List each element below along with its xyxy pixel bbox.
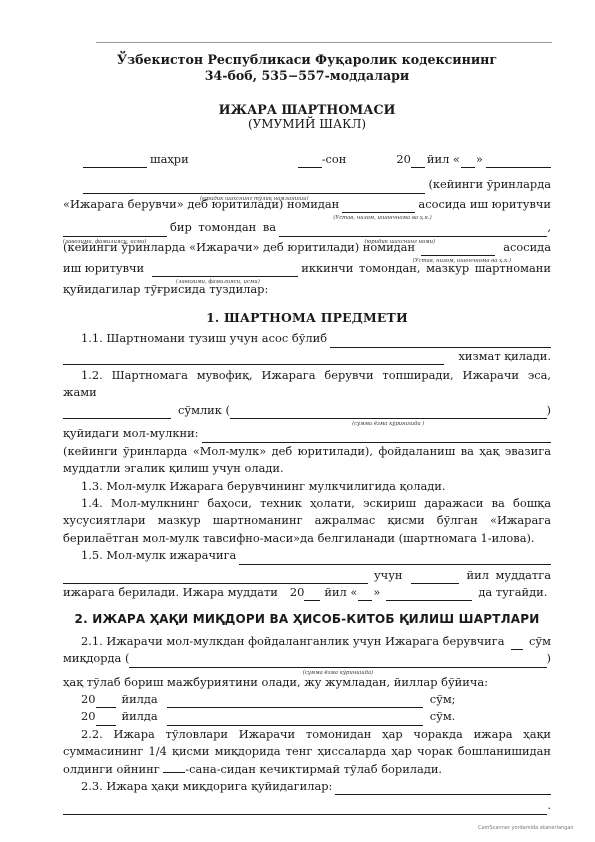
sum-word: сўмлик ( [178, 402, 230, 419]
lessor-basis-field[interactable]: (Устав, низом, ишончнома ва ҳ.к.) [342, 201, 415, 213]
lessor-legal-name-field[interactable]: (юридик шахснинг тўлиқ номланиши) [83, 182, 425, 194]
p2-2-text: 2.2. Ижара тўловлари Ижарачи томонидан ҳ… [63, 726, 551, 778]
p1-3-text: 1.3. Мол-мулк Ижарага берувчининг мулкчи… [63, 478, 551, 495]
lessee-representative-field[interactable]: (лавозими, фамилияси, исми) [152, 265, 298, 277]
sum-in-words-field[interactable]: (сумма ёзма кўринишда ) [230, 407, 547, 419]
p2-3-text: 2.3. Ижара ҳақи миқдорига қуйидагилар: [81, 778, 332, 795]
lessor-representative-field[interactable]: (лавозими, фамилияси, исми) [63, 225, 167, 237]
period: . [547, 797, 551, 814]
rent-includes-field[interactable] [335, 783, 551, 795]
close-paren: ) [547, 402, 551, 419]
year-row-1-word: йилда [122, 691, 158, 708]
p1-5-end-row: ижарага берилади. Ижара муддати 20 йил «… [63, 584, 551, 601]
leased-text: ижарага берилади. Ижара муддати [63, 584, 278, 601]
p2-1-text: 2.1. Ижарачи мол-мулкдан фойдаланганлик … [81, 633, 505, 650]
rent-includes-field-2[interactable] [63, 803, 547, 815]
contract-page: Ўзбекистон Республикаси Фуқаролик кодекс… [63, 52, 551, 815]
transfer-purpose-field[interactable] [63, 572, 368, 584]
acting-on-basis-text-2: асосида [503, 239, 551, 256]
p1-2-sum-row: сўмлик ( (сумма ёзма кўринишда ) ) [63, 402, 551, 419]
close-paren-2: ) [547, 650, 551, 667]
scanner-watermark: CamScanner yordamida skanerlangan [478, 825, 574, 831]
p1-1-row: 1.1. Шартномани тузиш учун асос бўлиб [63, 330, 551, 347]
p1-2-text: 1.2. Шартномага мувофиқ, Ижарага берувчи… [63, 367, 551, 402]
city-label: шаҳри [150, 151, 189, 168]
section-1-title: 1. ШАРТНОМА ПРЕДМЕТИ [63, 309, 551, 326]
year-row-1-prefix: 20 [81, 691, 96, 708]
end-day-field[interactable] [358, 589, 372, 601]
property-row: қуйидаги мол-мулкни: [63, 425, 551, 442]
end-year-prefix: 20 [290, 584, 305, 601]
end-month-field[interactable] [386, 589, 472, 601]
year-row-1-year-field[interactable] [96, 696, 116, 708]
years-term-text: йил муддатга [467, 567, 551, 584]
comma: , [547, 219, 551, 236]
year-row-2-word: йилда [122, 708, 158, 725]
p1-1-text: 1.1. Шартномани тузиш учун асос бўлиб [81, 330, 327, 347]
later-called-text: (кейинги ўринларда [428, 176, 551, 193]
acting-on-basis-text: асосида иш юритувчи [418, 196, 551, 213]
month-field[interactable] [486, 156, 551, 168]
p2-1-words-row: миқдорда ( (сумма ёзма кўринишда) ) [63, 650, 551, 667]
year-row-1-amount-field[interactable] [167, 696, 423, 708]
lessor-rep-row: (лавозими, фамилияси, исми) бир томондан… [63, 219, 551, 236]
number-field[interactable] [298, 156, 322, 168]
end-year-field[interactable] [304, 589, 320, 601]
section-2-title: 2. ИЖАРА ҲАҚИ МИҚДОРИ ВА ҲИСОБ-КИТОБ ҚИЛ… [63, 611, 551, 628]
basis-field-2[interactable] [63, 353, 444, 365]
total-sum-field[interactable] [63, 407, 171, 419]
p1-4-text: 1.4. Мол-мулкнинг баҳоси, техник ҳолати,… [63, 495, 551, 547]
year-prefix: 20 [396, 151, 411, 168]
p1-5-text: 1.5. Мол-мулк ижарачига [81, 547, 236, 564]
som-text: сўм [529, 633, 551, 650]
p1-1-end: хизмат қилади. [458, 348, 551, 365]
p1-5-row: 1.5. Мол-мулк ижарачига [63, 547, 551, 564]
year-row-2-year-field[interactable] [96, 714, 116, 726]
year-label: йил « [427, 151, 460, 168]
lessor-text: «Ижарага берувчи» деб юритилади) номидан [63, 196, 339, 213]
p1-2-end: (кейинги ўринларда «Мол-мулк» деб юритил… [63, 443, 551, 478]
property-field[interactable] [202, 431, 551, 443]
acting-text: иш юритувчи [63, 260, 144, 277]
lessee-rep-row: иш юритувчи (лавозими, фамилияси, исми) … [63, 260, 551, 277]
year-row-1-unit: сўм; [430, 691, 456, 708]
second-side-text: иккинчи томондан, мазкур шартномани [301, 260, 551, 277]
year-row-2: 20 йилда сўм. [63, 708, 551, 725]
ends-text: да тугайди. [478, 584, 547, 601]
quote-close-2: » [373, 584, 380, 601]
lessor-name-row: (юридик шахснинг тўлиқ номланиши) (кейин… [63, 176, 551, 193]
quote-close: » [476, 151, 483, 168]
transfer-field[interactable] [239, 553, 551, 565]
property-label: қуйидаги мол-мулкни: [63, 425, 199, 442]
document-subtitle: (УМУМИЙ ШАКЛ) [63, 117, 551, 131]
lessor-basis-row: «Ижарага берувчи» деб юритилади) номидан… [63, 196, 551, 213]
lessee-legal-name-field[interactable]: (юридик шахснинг номи) [279, 225, 547, 237]
lessee-basis-row: (кейинги ўринларда «Ижарачи» деб юритила… [63, 239, 551, 256]
year-row-1: 20 йилда сўм; [63, 691, 551, 708]
year-row-2-unit: сўм. [430, 708, 456, 725]
document-title: ИЖАРА ШАРТНОМАСИ [63, 102, 551, 117]
p2-3-row: 2.3. Ижара ҳақи миқдорига қуйидагилар: [63, 778, 551, 795]
for-text: учун [374, 567, 403, 584]
p1-1-row-2: хизмат қилади. [63, 348, 551, 365]
years-field[interactable] [411, 572, 459, 584]
end-year-label: йил « [324, 584, 357, 601]
lessee-text: (кейинги ўринларда «Ижарачи» деб юритила… [63, 239, 415, 256]
p2-1-row: 2.1. Ижарачи мол-мулкдан фойдаланганлик … [63, 633, 551, 650]
rent-amount-field[interactable] [511, 638, 524, 650]
caption-position-2: (лавозими, фамилияси, исми) [176, 279, 260, 285]
payment-day-field[interactable] [163, 763, 185, 773]
code-reference-line-2: 34-боб, 535−557-моддалари [63, 68, 551, 84]
city-field[interactable] [83, 156, 147, 168]
p1-5-term-row: учун йил муддатга [63, 567, 551, 584]
year-row-2-prefix: 20 [81, 708, 96, 725]
caption-sum-words-2: (сумма ёзма кўринишда) [303, 670, 374, 676]
concluded-text: қуйидагилар тўғрисида туздилар: [63, 281, 551, 298]
rent-in-words-field[interactable]: (сумма ёзма кўринишда) [129, 656, 546, 668]
day-field[interactable] [461, 156, 475, 168]
p2-2-end: -сана-сидан кечиктирмай тўлаб борилади. [185, 762, 442, 776]
code-reference-line-1: Ўзбекистон Республикаси Фуқаролик кодекс… [63, 52, 551, 68]
number-label: -сон [322, 151, 347, 168]
basis-field[interactable] [330, 336, 551, 348]
obligation-text: ҳақ тўлаб бориш мажбуриятини олади, жу ж… [63, 674, 551, 691]
p2-3-row-2: . [63, 797, 551, 814]
lessee-basis-field[interactable]: (Устав, низом, ишончнома ва ҳ.к.) [421, 244, 495, 256]
place-date-row: шаҳри -сон 20 йил « » [63, 151, 551, 168]
amount-word: миқдорда ( [63, 650, 129, 667]
one-side-text: бир томондан ва [170, 219, 276, 236]
year-row-2-amount-field[interactable] [167, 714, 423, 726]
top-rule [96, 42, 552, 43]
year-field[interactable] [411, 156, 425, 168]
